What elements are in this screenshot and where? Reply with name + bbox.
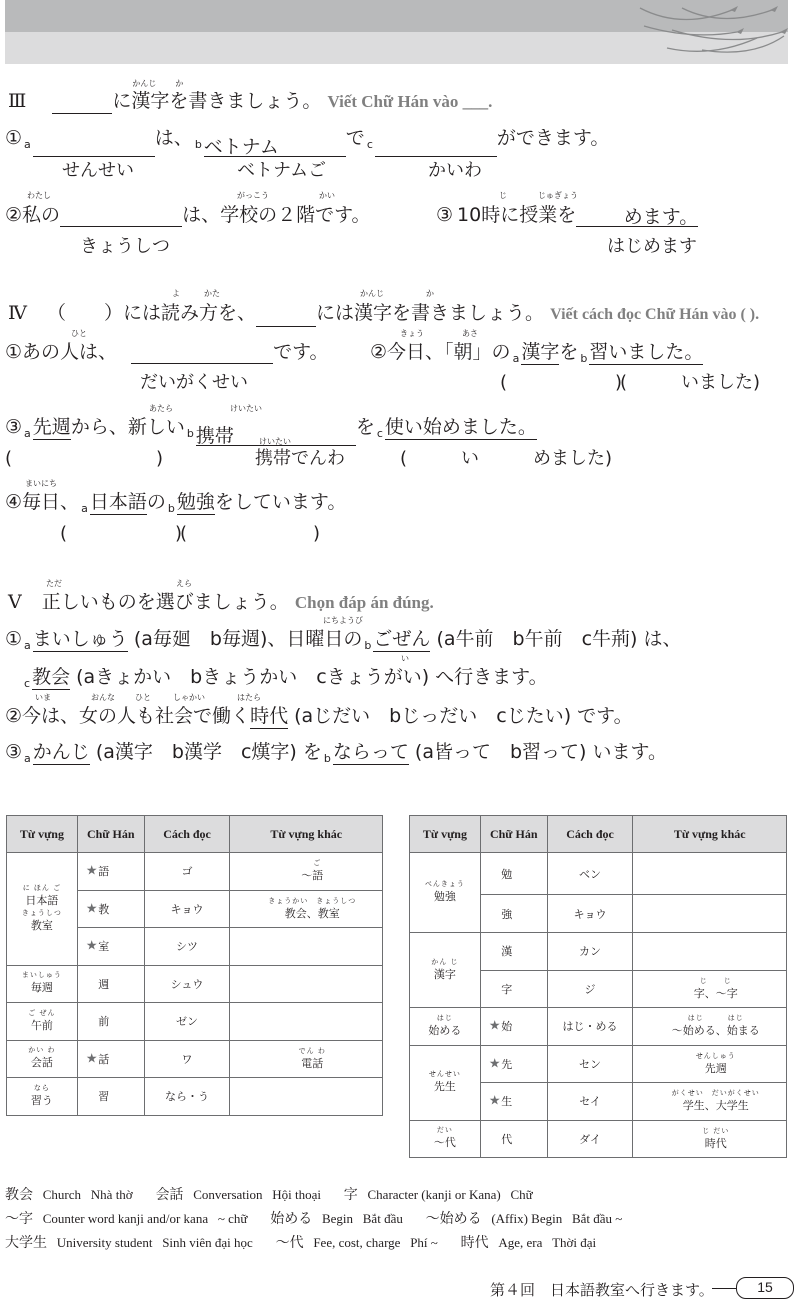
prefilled-text: ベトナム [204, 136, 279, 158]
target-word-a: まいしゅう [33, 628, 128, 652]
vocab-text: 毎週 [31, 981, 53, 994]
question-5-1: にちようび ①aまいしゅう (a毎廻 b毎週)、日曜日のbごぜん (a牛前 b午… [5, 627, 681, 658]
hint-b: けいたい 携帯でんわ [255, 444, 345, 470]
answer-blank-a[interactable] [33, 135, 155, 157]
gloss-jp: 会話 [155, 1187, 183, 1203]
star-icon: ★ [86, 939, 98, 954]
question-3-2: わたし がっこう かい ②私のは、学校の２階です。 [5, 203, 371, 227]
vocab-cell: かん じ漢字 [410, 933, 481, 1008]
ruby: まいしゅう [7, 971, 77, 979]
other-text: 時代 [705, 1137, 727, 1150]
ruby: せんせい [410, 1070, 480, 1078]
kanji-text: 先 [501, 1058, 512, 1071]
label-c: c [367, 138, 373, 151]
gloss-jp: 大学生 [5, 1235, 47, 1251]
kanji-cell: 強 [480, 895, 547, 933]
kanji-cell: ★室 [77, 928, 144, 966]
text: を [356, 416, 375, 438]
header-reading: Cách đọc [144, 816, 230, 853]
gloss-en: Age, era [498, 1235, 542, 1250]
reading-cell: セイ [547, 1083, 633, 1121]
text: 今は、女の人も社会で働く [22, 705, 250, 727]
answer-paren-c[interactable]: ( い めました) [400, 444, 612, 470]
target-word: 時代 [250, 705, 288, 729]
target-word-a: かんじ [33, 741, 90, 765]
label-a: a [24, 752, 31, 765]
question-number: ① [5, 628, 22, 650]
answer-paren-b[interactable]: ( ) [180, 519, 320, 545]
options-b[interactable]: (a皆って b習って) います。 [415, 741, 667, 763]
text: めます。 [624, 206, 698, 228]
table-row: せんせい先生 ★先 セン せんしゅう先週 [410, 1045, 787, 1083]
hint: はじめます [607, 232, 697, 258]
hint-a: せんせい [62, 156, 134, 182]
ruby: じゅぎょう [538, 192, 578, 200]
gloss-vi: Chữ [510, 1187, 532, 1202]
target-word-b: 携帯 [196, 425, 234, 447]
text: 毎日、 [22, 491, 79, 513]
ruby: かんじ [132, 80, 156, 88]
gloss-vi: Bắt đầu [363, 1211, 403, 1226]
table-row: かい わ会話 ★話 ワ でん わ電話 [7, 1040, 383, 1078]
question-5-1-cont: い c教会 (aきょかい bきょうかい cきょうがい) へ行きます。 [22, 665, 548, 696]
vocab-cell: まいしゅう毎週 [7, 965, 78, 1003]
reading-cell: ワ [144, 1040, 230, 1078]
kanji-text: 教 [98, 903, 109, 916]
ruby: ご [242, 859, 382, 867]
question-number: ① [5, 341, 22, 363]
gloss-vi: Nhà thờ [91, 1187, 133, 1202]
vocab-text: 会話 [31, 1056, 53, 1069]
question-4-2: きょう あさ ②今日、「朝」のa漢字をb習いました。 [370, 340, 703, 371]
other-cell [230, 965, 383, 1003]
instruction-text: に漢字を書きましょう。 [112, 90, 321, 112]
ruby: ひと [71, 330, 87, 338]
glossary-line-2: ～字 Counter word kanji and/or kana ~ chữ … [5, 1208, 622, 1228]
kanji-cell: 週 [77, 965, 144, 1003]
options[interactable]: (aじだい bじっだい cじたい) です。 [294, 705, 633, 727]
options-a[interactable]: (a毎廻 b毎週)、 [134, 628, 287, 650]
table-row: ご ぜん午前 前 ゼン [7, 1003, 383, 1041]
lesson-title: 第４回 日本語教室へ行きます。 [490, 1279, 714, 1300]
kanji-cell: 字 [480, 970, 547, 1008]
star-icon: ★ [489, 1019, 501, 1034]
other-cell: がくせい だいがくせい学生、大学生 [633, 1083, 787, 1121]
other-text: ～始める、始まる [672, 1024, 760, 1037]
gloss-jp: 時代 [461, 1235, 489, 1251]
kanji-cell: ★話 [77, 1040, 144, 1078]
section-5-heading: ただ えら Ⅴ 正しいものを選びましょう。 Chọn đáp án đúng. [8, 590, 434, 615]
gloss-jp: ～始める [426, 1211, 482, 1227]
star-icon: ★ [489, 1094, 501, 1109]
answer-blank[interactable]: めます。 [576, 205, 698, 227]
glossary-line-3: 大学生 University student Sinh viên đại học… [5, 1232, 596, 1252]
text: 日曜日の [286, 628, 362, 650]
blank-sample [256, 305, 316, 327]
gloss-en: Fee, cost, charge [313, 1235, 400, 1250]
ruby: あたら [149, 405, 173, 413]
answer-paren-a[interactable]: ( ) [60, 519, 182, 545]
answer-paren-b[interactable]: ( いました) [620, 368, 760, 394]
hint: だいがくせい [140, 368, 248, 394]
vocab-cell: なら習う [7, 1078, 78, 1116]
gloss-vi: ~ chữ [218, 1211, 248, 1226]
label-b: b [168, 502, 175, 515]
gloss-jp: ～代 [276, 1235, 304, 1251]
answer-paren-a[interactable]: ( ) [500, 368, 622, 394]
reading-cell: セン [547, 1045, 633, 1083]
ruby: じ じ [645, 977, 786, 985]
other-cell: ご～語 [230, 853, 383, 891]
star-icon: ★ [86, 1051, 98, 1066]
instruction-text: （ ）には読み方を、 [47, 302, 256, 324]
page-number: 15 [736, 1277, 794, 1299]
kanji-cell: ★生 [480, 1083, 547, 1121]
text: を [559, 341, 578, 363]
section-number: Ⅴ [8, 591, 22, 613]
options-b[interactable]: (a牛前 b午前 c牛荊) は、 [436, 628, 681, 650]
reading-cell: カン [547, 933, 633, 971]
kanji-cell: 前 [77, 1003, 144, 1041]
text: の [147, 491, 166, 513]
reading-cell: シツ [144, 928, 230, 966]
header-vocab: Từ vựng [410, 816, 481, 853]
target-word-b: 習いました。 [589, 341, 703, 365]
kanji-table-right: Từ vựng Chữ Hán Cách đọc Từ vựng khác べん… [409, 815, 787, 1158]
gloss-jp: 字 [344, 1187, 358, 1203]
table-row: なら習う 習 なら・う [7, 1078, 383, 1116]
instruction-viet: Viết Chữ Hán vào ___. [327, 92, 492, 111]
vocab-text: ～代 [434, 1136, 456, 1149]
ruby: か [426, 290, 434, 298]
ruby: かい わ [7, 1046, 77, 1054]
section-number: Ⅳ [8, 302, 27, 324]
star-icon: ★ [86, 901, 98, 916]
instruction-text: には漢字を書きましょう。 [316, 302, 544, 324]
airplane-trails-icon [612, 0, 788, 64]
vocab-text: 習う [31, 1094, 53, 1107]
gloss-vi: Thời đại [552, 1235, 596, 1250]
blank-sample [52, 92, 112, 114]
ruby: べんきょう [410, 880, 480, 888]
ruby: きょう [400, 330, 424, 338]
vocab-text: 漢字 [434, 968, 456, 981]
instruction-viet: Chọn đáp án đúng. [295, 593, 434, 612]
vocab-text: 先生 [434, 1080, 456, 1093]
kanji-cell: ★始 [480, 1008, 547, 1046]
reading-cell: シュウ [144, 965, 230, 1003]
header-vocab: Từ vựng [7, 816, 78, 853]
kanji-text: 室 [98, 940, 109, 953]
vocab-text: 勉強 [434, 890, 456, 903]
gloss-en: (Affix) Begin [491, 1211, 562, 1226]
gloss-en: Conversation [193, 1187, 262, 1202]
ruby: まいにち [25, 480, 57, 488]
kanji-text: 始 [501, 1020, 512, 1033]
instruction-text: 正しいものを選びましょう。 [42, 591, 289, 613]
header-reading: Cách đọc [547, 816, 633, 853]
question-5-3: ③aかんじ (a漢字 b漢学 c熯字) をbならって (a皆って b習って) い… [5, 740, 667, 771]
vocab-cell: べんきょう勉強 [410, 853, 481, 933]
kanji-cell: ★先 [480, 1045, 547, 1083]
gloss-vi: Sinh viên đại học [162, 1235, 253, 1250]
kanji-cell: ★語 [77, 853, 144, 891]
gloss-jp: 教会 [5, 1187, 33, 1203]
reading-cell: ベン [547, 853, 633, 895]
question-number: ④ [5, 491, 22, 513]
kanji-cell: 勉 [480, 853, 547, 895]
label-a: a [513, 352, 520, 365]
table-row: はじ始める ★始 はじ・める はじ はじ～始める、始まる [410, 1008, 787, 1046]
ruby: よ [172, 290, 180, 298]
label-b: b [324, 752, 331, 765]
label-b: b [195, 138, 202, 151]
text: をしています。 [215, 491, 346, 513]
target-word-b: ならって [333, 741, 409, 765]
label-c: c [377, 427, 383, 440]
kanji-cell: 習 [77, 1078, 144, 1116]
table-header-row: Từ vựng Chữ Hán Cách đọc Từ vựng khác [7, 816, 383, 853]
ruby: がくせい だいがくせい [645, 1089, 786, 1097]
hint-text: 携帯でんわ [255, 448, 345, 469]
ruby: きょうしつ [7, 909, 77, 917]
other-text: 教会、教室 [285, 907, 340, 920]
ruby: い [401, 655, 409, 663]
ruby: だい [410, 1126, 480, 1134]
text: です。 [273, 341, 328, 363]
other-text: 字、～字 [694, 987, 738, 1000]
ruby: に ほん ご [7, 884, 77, 892]
ruby: けいたい [230, 405, 262, 413]
other-cell: じ だい時代 [633, 1120, 787, 1158]
ruby: いま [35, 694, 51, 702]
other-cell: じ じ字、～字 [633, 970, 787, 1008]
vocab-cell: せんせい先生 [410, 1045, 481, 1120]
gloss-vi: Hội thoại [272, 1187, 321, 1202]
target-word-c: 教会 [32, 666, 70, 690]
ruby: かい [319, 192, 335, 200]
vocab-text: 教室 [7, 917, 77, 934]
gloss-en: Begin [322, 1211, 353, 1226]
header-kanji: Chữ Hán [480, 816, 547, 853]
reading-cell: ゼン [144, 1003, 230, 1041]
ruby: か [175, 80, 183, 88]
label-c: c [24, 677, 30, 690]
vocab-cell: に ほん ご 日本語 きょうしつ 教室 [7, 853, 78, 966]
question-5-2: いま おんな ひと しゃかい はたら ②今は、女の人も社会で働く時代 (aじだい… [5, 704, 633, 728]
ruby: ひと [135, 694, 151, 702]
answer-blank[interactable] [131, 342, 273, 364]
star-icon: ★ [86, 864, 98, 879]
ruby: わたし [27, 192, 51, 200]
section-3-heading: Ⅲ かんじかに漢字を書きましょう。 Viết Chữ Hán vào ___. [8, 89, 492, 114]
header-other: Từ vựng khác [633, 816, 787, 853]
label-a: a [24, 639, 31, 652]
hint-c: かいわ [428, 156, 482, 182]
other-cell: はじ はじ～始める、始まる [633, 1008, 787, 1046]
answer-paren-a[interactable]: ( ) [5, 444, 163, 470]
gloss-en: Counter word kanji and/or kana [43, 1211, 208, 1226]
table-row: だい～代 代 ダイ じ だい時代 [410, 1120, 787, 1158]
other-text: 学生、大学生 [683, 1099, 749, 1112]
label-b: b [580, 352, 587, 365]
other-cell: でん わ電話 [230, 1040, 383, 1078]
other-cell [230, 1003, 383, 1041]
ruby: はたら [237, 694, 261, 702]
label-a: a [24, 138, 31, 151]
reading-cell: キョウ [144, 890, 230, 928]
kanji-cell: 代 [480, 1120, 547, 1158]
star-icon: ★ [489, 1056, 501, 1071]
question-number: ③ [436, 204, 453, 226]
ruby: がっこう [237, 192, 269, 200]
ruby: ご ぜん [7, 1009, 77, 1017]
ruby: にちようび [323, 617, 363, 625]
ruby: きょうかい きょうしつ [242, 897, 382, 905]
ruby: おんな [91, 694, 115, 702]
question-3-3: じ じゅぎょう ③10時に授業をめます。 [436, 203, 698, 227]
target-word-a: 漢字 [521, 341, 559, 365]
text: あの人は、 [22, 341, 117, 363]
question-number: ② [370, 341, 387, 363]
ruby: あさ [462, 330, 478, 338]
ruby: なら [7, 1084, 77, 1092]
footer-divider [712, 1288, 736, 1289]
other-cell [230, 1078, 383, 1116]
vocab-cell: ご ぜん午前 [7, 1003, 78, 1041]
answer-blank-b[interactable]: ベトナム [204, 135, 346, 157]
label-a: a [24, 427, 31, 440]
section-number: Ⅲ [8, 90, 26, 112]
other-text: ～語 [301, 869, 323, 882]
table-row: まいしゅう毎週 週 シュウ [7, 965, 383, 1003]
target-word-b: 勉強 [177, 491, 215, 515]
table-header-row: Từ vựng Chữ Hán Cách đọc Từ vựng khác [410, 816, 787, 853]
gloss-en: University student [57, 1235, 153, 1250]
other-cell: きょうかい きょうしつ教会、教室 [230, 890, 383, 928]
label-b: b [187, 427, 194, 440]
ruby: かた [204, 290, 220, 298]
reading-cell: ジ [547, 970, 633, 1008]
instruction-viet: Viết cách đọc Chữ Hán vào ( ). [550, 306, 759, 323]
answer-blank[interactable] [60, 205, 182, 227]
other-cell [633, 933, 787, 971]
gloss-vi: Phí ~ [410, 1235, 438, 1250]
other-cell [633, 895, 787, 933]
text: は、 [155, 127, 193, 149]
vocab-text: 午前 [31, 1019, 53, 1032]
other-text: 電話 [301, 1057, 323, 1070]
options-a[interactable]: (a漢字 b漢学 c熯字) を [96, 741, 322, 763]
question-3-1: ①aは、bベトナムでcができます。 [5, 126, 609, 157]
text: 今日、「朝」の [387, 341, 511, 363]
ruby: けいたい [259, 438, 291, 446]
text: 私の [22, 204, 60, 226]
kanji-text: 話 [98, 1053, 109, 1066]
ruby: でん わ [242, 1047, 382, 1055]
ruby: せんしゅう [645, 1052, 786, 1060]
question-number: ③ [5, 416, 22, 438]
table-row: べんきょう勉強 勉 ベン [410, 853, 787, 895]
gloss-en: Church [43, 1187, 81, 1202]
reading-cell: キョウ [547, 895, 633, 933]
ruby: ただ [46, 580, 62, 588]
kanji-cell: 漢 [480, 933, 547, 971]
kanji-text: 生 [501, 1095, 512, 1108]
question-4-1: ひと ①あの人は、です。 [5, 340, 329, 364]
header-kanji: Chữ Hán [77, 816, 144, 853]
question-number: ② [5, 204, 22, 226]
header-other: Từ vựng khác [230, 816, 383, 853]
reading-cell: ゴ [144, 853, 230, 891]
hint-b: ベトナムご [237, 156, 326, 182]
kanji-cell: ★教 [77, 890, 144, 928]
ruby: はじ [410, 1014, 480, 1022]
vocab-cell: かい わ会話 [7, 1040, 78, 1078]
vocab-text: 日本語 [25, 894, 58, 907]
question-4-4: まいにち ④毎日、a日本語のb勉強をしています。 [5, 490, 346, 521]
text: 10時に授業を [457, 204, 576, 226]
answer-blank-c[interactable] [375, 135, 497, 157]
ruby: かんじ [360, 290, 384, 298]
other-cell [230, 928, 383, 966]
gloss-en: Character (kanji or Kana) [368, 1187, 501, 1202]
target-word-c: 使い始めました。 [385, 416, 537, 440]
gloss-jp: 始める [270, 1211, 312, 1227]
text: は、学校の２階です。 [182, 204, 370, 226]
section-4-heading: よ かた かんじ か Ⅳ （ ）には読み方を、には漢字を書きましょう。 Viết… [8, 301, 759, 327]
target-word-a: 日本語 [90, 491, 147, 515]
ruby: しゃかい [173, 694, 205, 702]
ruby: かん じ [410, 958, 480, 966]
gloss-vi: Bắt đầu ~ [572, 1211, 622, 1226]
ruby: じ だい [645, 1127, 786, 1135]
options-c[interactable]: (aきょかい bきょうかい cきょうがい) へ行きます。 [76, 666, 548, 688]
text: で [346, 127, 365, 149]
reading-cell: はじ・める [547, 1008, 633, 1046]
table-row: かん じ漢字 漢 カン [410, 933, 787, 971]
question-number: ② [5, 705, 22, 727]
table-row: に ほん ご 日本語 きょうしつ 教室 ★語 ゴ ご～語 [7, 853, 383, 891]
kanji-table-left: Từ vựng Chữ Hán Cách đọc Từ vựng khác に … [6, 815, 383, 1116]
ruby: はじ はじ [645, 1014, 786, 1022]
ruby: えら [176, 580, 192, 588]
vocab-text: 始める [428, 1024, 461, 1037]
vocab-cell: だい～代 [410, 1120, 481, 1158]
other-cell: せんしゅう先週 [633, 1045, 787, 1083]
text: から、新しい [71, 416, 185, 438]
question-number: ① [5, 127, 22, 149]
vocab-cell: はじ始める [410, 1008, 481, 1046]
other-text: 先週 [705, 1062, 727, 1075]
kanji-text: 語 [98, 865, 109, 878]
label-a: a [81, 502, 88, 515]
target-word-b: ごぜん [373, 628, 430, 652]
label-b: b [364, 639, 371, 652]
ruby: じ [499, 192, 507, 200]
other-cell [633, 853, 787, 895]
question-number: ③ [5, 741, 22, 763]
reading-cell: なら・う [144, 1078, 230, 1116]
hint: きょうしつ [80, 232, 170, 258]
gloss-jp: ～字 [5, 1211, 33, 1227]
text: ができます。 [497, 127, 609, 149]
reading-cell: ダイ [547, 1120, 633, 1158]
target-word-a: 先週 [33, 416, 71, 440]
glossary-line-1: 教会 Church Nhà thờ 会話 Conversation Hội th… [5, 1184, 533, 1204]
